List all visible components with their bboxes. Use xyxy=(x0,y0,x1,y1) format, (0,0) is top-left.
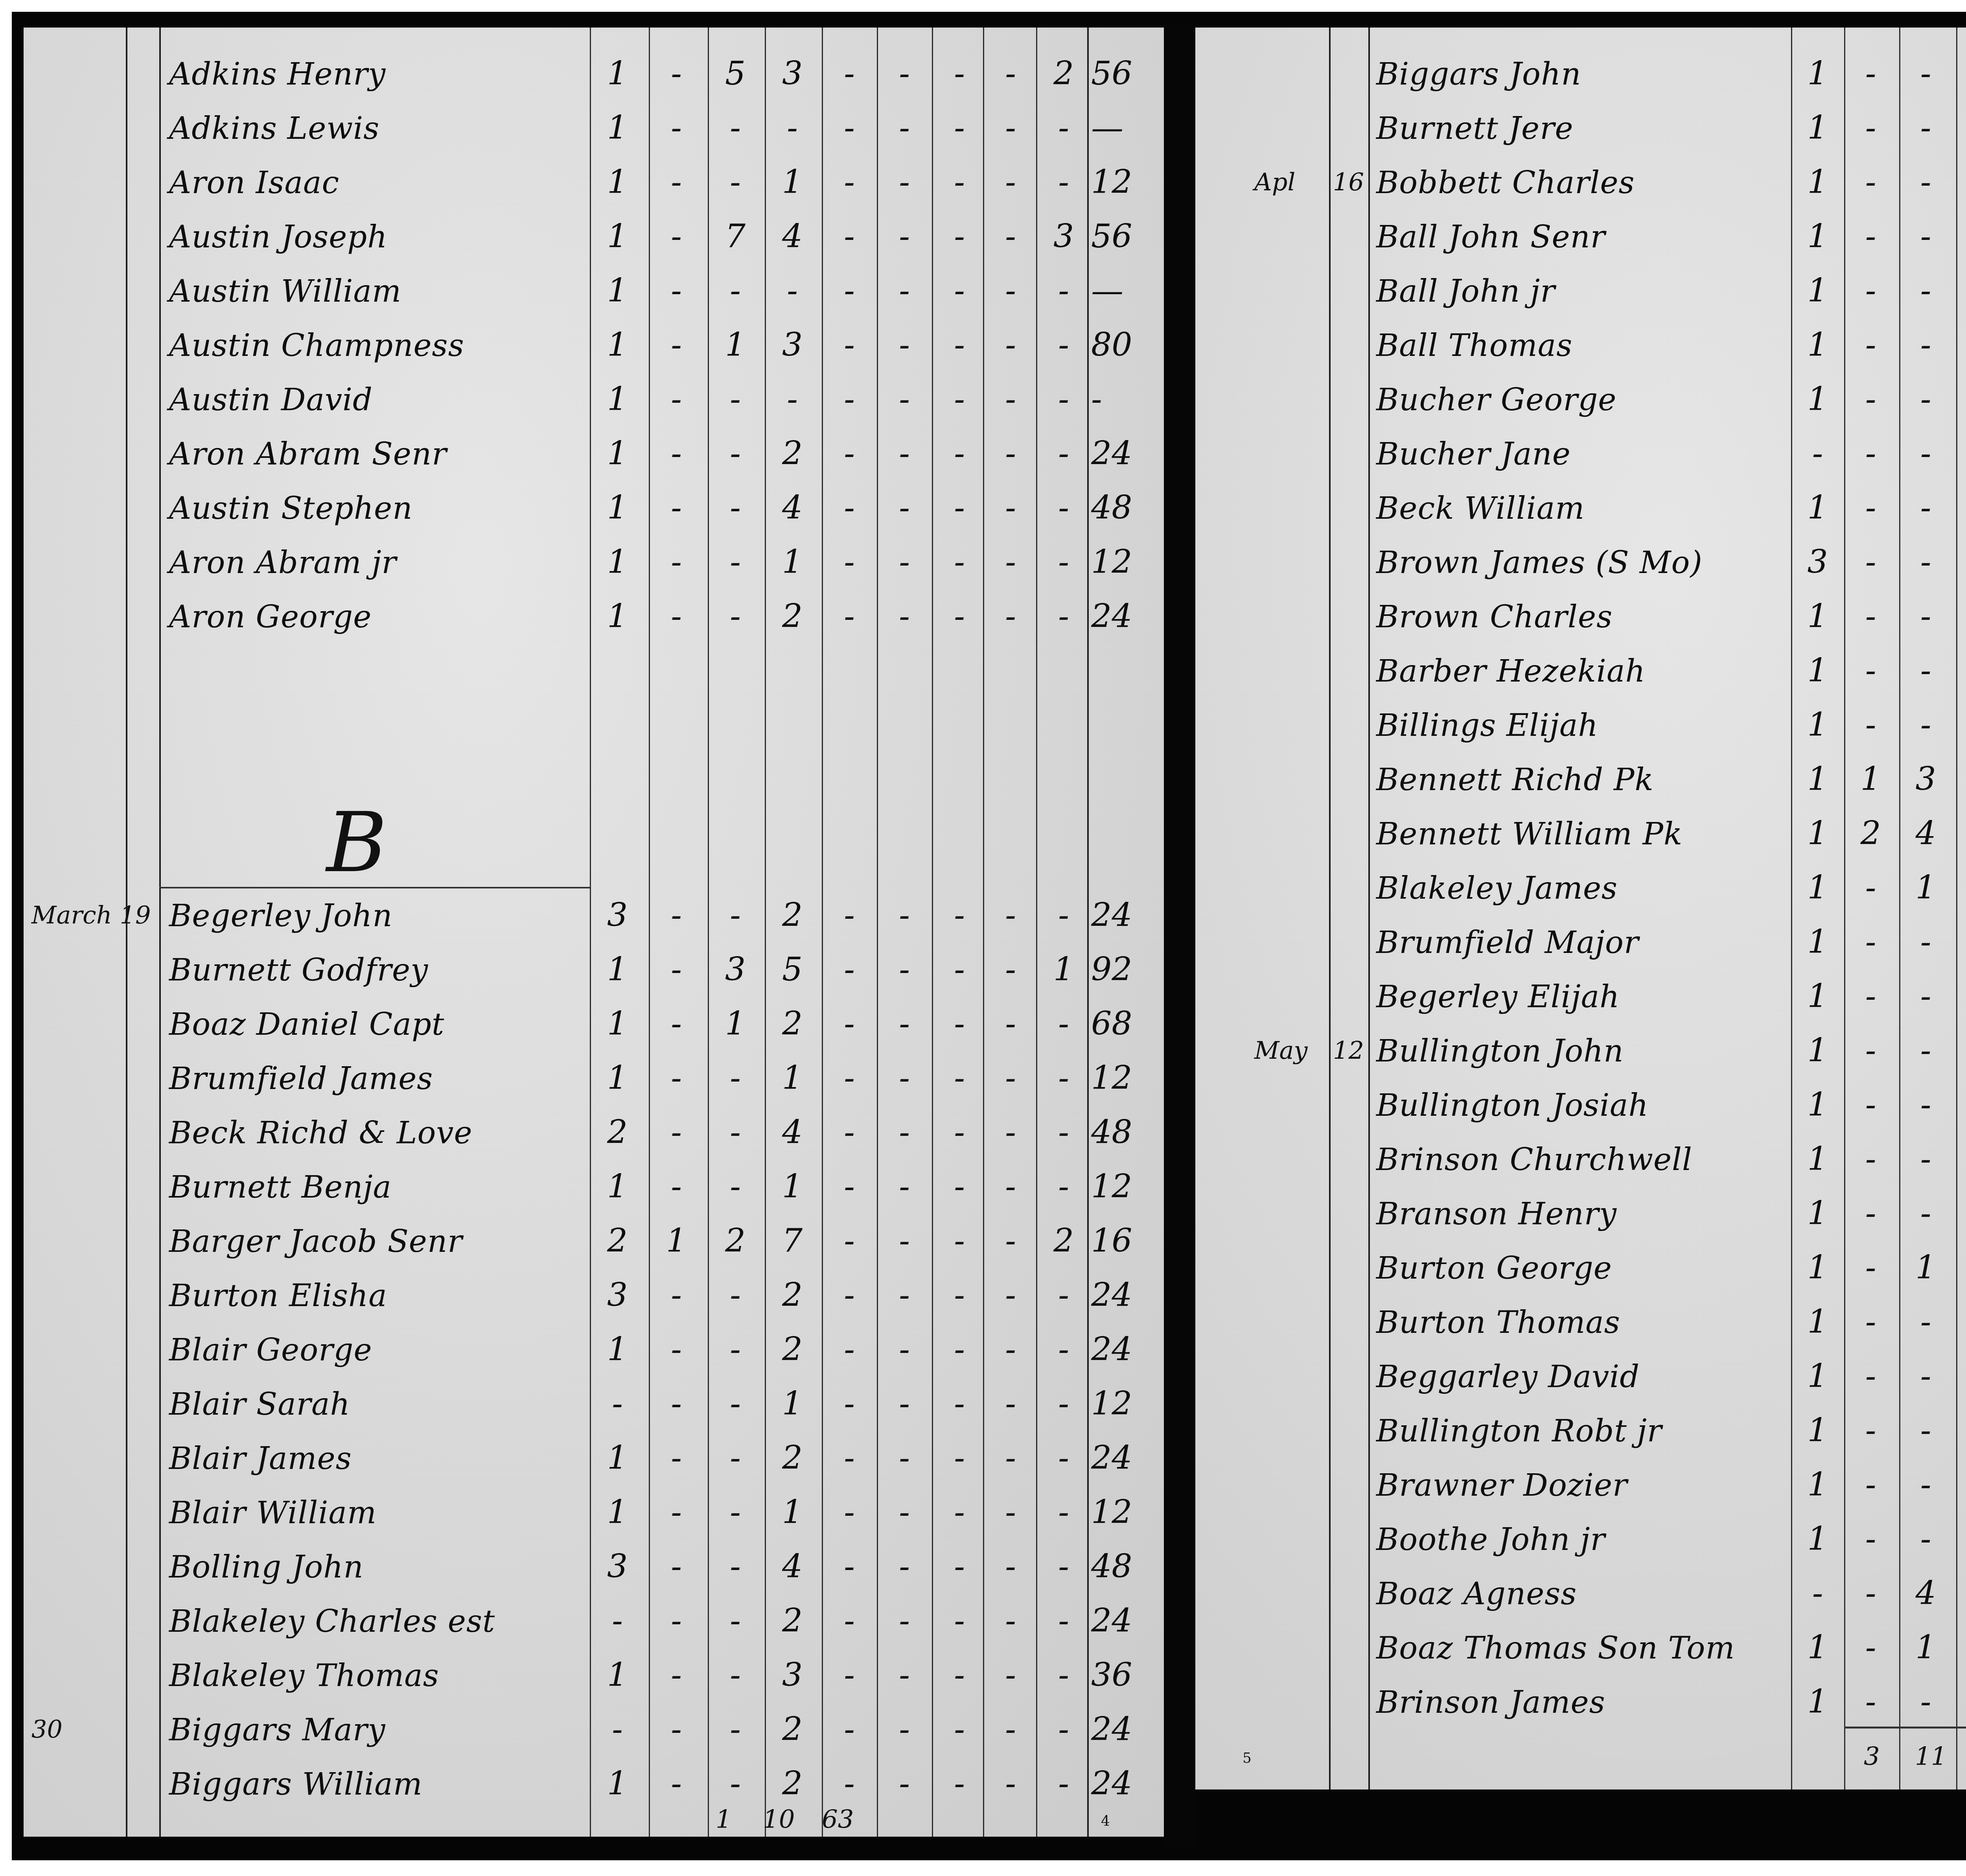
amount: 48 xyxy=(1091,489,1132,527)
tax-column-2: - xyxy=(649,1439,704,1477)
tax-column-2: - xyxy=(1844,272,1897,310)
tax-column-1: 1 xyxy=(590,598,645,635)
taxpayer-name: Brumfield Major xyxy=(1376,925,1639,960)
tax-column-2: - xyxy=(1844,1249,1897,1286)
tax-column-8: - xyxy=(983,1711,1038,1748)
tax-column-8: - xyxy=(983,1548,1038,1585)
tax-column-2: - xyxy=(1844,923,1897,961)
tax-column-5: - xyxy=(822,598,877,635)
taxpayer-name: Brawner Dozier xyxy=(1376,1468,1627,1503)
taxpayer-name: Ball John jr xyxy=(1376,274,1555,309)
tax-column-3: - xyxy=(708,1657,763,1694)
entry-date: 30 xyxy=(31,1715,63,1743)
taxpayer-name: Blakeley Thomas xyxy=(169,1658,439,1694)
amount: 48 xyxy=(1091,1548,1132,1585)
tax-column-1: - xyxy=(1791,1575,1844,1612)
tax-column-4: 2 xyxy=(1956,1412,1966,1449)
tax-column-2: - xyxy=(649,598,704,635)
tax-column-4: 5 xyxy=(1956,1575,1966,1612)
taxpayer-name: Brinson James xyxy=(1376,1685,1605,1720)
ledger-row: Austin Champness1-13-----80 xyxy=(24,322,1164,375)
tax-column-8: - xyxy=(983,1657,1038,1694)
ledger-row: Biggars John1--------— xyxy=(1195,51,1966,104)
taxpayer-name: Brown James (S Mo) xyxy=(1376,545,1703,580)
tax-column-9: - xyxy=(1036,598,1091,635)
tax-column-4: 2 xyxy=(1956,706,1966,744)
tax-column-6: - xyxy=(877,55,932,92)
tax-column-9: - xyxy=(1036,1277,1091,1314)
tax-column-3: - xyxy=(1899,1303,1952,1341)
tax-column-4: - xyxy=(1956,1683,1966,1721)
tax-column-4: 3 xyxy=(1956,272,1966,310)
entry-day: 12 xyxy=(1333,1036,1364,1065)
tax-column-3: - xyxy=(1899,1195,1952,1232)
total-col-4: 63 xyxy=(822,1805,854,1834)
tax-column-3: - xyxy=(1899,381,1952,418)
tax-column-1: 1 xyxy=(590,1168,645,1205)
tax-column-3: 3 xyxy=(708,951,763,988)
tax-column-4: 1 xyxy=(765,1385,820,1423)
tax-column-1: 1 xyxy=(590,1331,645,1368)
tax-column-5: - xyxy=(822,218,877,255)
tax-column-4: 2 xyxy=(765,1711,820,1748)
tax-column-1: 1 xyxy=(1791,1466,1844,1504)
tax-column-9: 2 xyxy=(1036,55,1091,92)
tax-column-7: - xyxy=(932,598,987,635)
tax-column-3: - xyxy=(1899,109,1952,147)
amount: 80 xyxy=(1091,326,1132,364)
tax-column-6: - xyxy=(877,489,932,527)
tax-column-9: - xyxy=(1036,544,1091,581)
taxpayer-name: Aron Abram Senr xyxy=(169,437,447,472)
taxpayer-name: Austin David xyxy=(169,382,373,418)
tax-column-8: - xyxy=(983,1005,1038,1043)
total-col-2: 1 xyxy=(716,1805,732,1834)
ledger-row: Aron George1--2-----24 xyxy=(24,594,1164,647)
tax-column-9: - xyxy=(1036,1765,1091,1802)
ledger-row: Bolling John3--4-----48 xyxy=(24,1544,1164,1597)
tax-column-4: 2 xyxy=(1956,218,1966,255)
tax-column-7: - xyxy=(932,1494,987,1531)
ledger-row: Burton Thomas1--3-----36 xyxy=(1195,1299,1966,1352)
ledger-row: Burnett Benja1--1-----12 xyxy=(24,1164,1164,1217)
entry-date: March 19 xyxy=(31,901,151,929)
tax-column-6: - xyxy=(877,951,932,988)
tax-column-1: 1 xyxy=(590,544,645,581)
ledger-row: Brinson Churchwell1-------- xyxy=(1195,1137,1966,1189)
tax-column-6: - xyxy=(877,1168,932,1205)
tax-column-8: - xyxy=(983,1602,1038,1640)
tax-column-8: - xyxy=(983,55,1038,92)
tax-column-9: - xyxy=(1036,1439,1091,1477)
amount: 12 xyxy=(1091,1494,1132,1531)
tax-column-1: 1 xyxy=(1791,1358,1844,1395)
tax-column-9: - xyxy=(1036,489,1091,527)
taxpayer-name: Bullington Robt jr xyxy=(1376,1413,1662,1449)
taxpayer-name: Bolling John xyxy=(169,1550,364,1585)
tax-column-2: - xyxy=(1844,435,1897,472)
tax-column-7: - xyxy=(932,1765,987,1802)
tax-column-5: - xyxy=(822,1439,877,1477)
tax-column-4: 1 xyxy=(1956,1358,1966,1395)
tax-column-1: 1 xyxy=(1791,55,1844,92)
tax-column-3: - xyxy=(708,1385,763,1423)
taxpayer-name: Burnett Benja xyxy=(169,1170,392,1205)
tax-column-7: - xyxy=(932,1060,987,1097)
tax-column-8: - xyxy=(983,1439,1038,1477)
ledger-row: Bennett Richd Pk1135----236 xyxy=(1195,757,1966,809)
tax-column-1: 1 xyxy=(1791,1520,1844,1558)
tax-column-7: - xyxy=(932,1005,987,1043)
tax-column-4: 1 xyxy=(1956,1086,1966,1124)
tax-column-2: - xyxy=(1844,544,1897,581)
ledger-row: Adkins Henry1-53----256 xyxy=(24,51,1164,104)
taxpayer-name: Billings Elijah xyxy=(1376,708,1598,743)
tax-column-9: - xyxy=(1036,164,1091,201)
tax-column-7: - xyxy=(932,326,987,364)
tax-column-3: 3 xyxy=(1899,761,1952,798)
tax-column-2: - xyxy=(1844,1303,1897,1341)
tax-column-6: - xyxy=(877,109,932,147)
tax-column-2: - xyxy=(1844,55,1897,92)
taxpayer-name: Bobbett Charles xyxy=(1376,165,1635,201)
tax-column-9: - xyxy=(1036,326,1091,364)
tax-column-5: - xyxy=(822,109,877,147)
tax-column-9: - xyxy=(1036,1005,1091,1043)
taxpayer-name: Austin Stephen xyxy=(169,491,412,526)
tax-column-9: - xyxy=(1036,1385,1091,1423)
ledger-row: Boothe John jr1--------— xyxy=(1195,1517,1966,1569)
tax-column-5: - xyxy=(822,544,877,581)
tax-column-2: - xyxy=(649,1168,704,1205)
tax-column-9: - xyxy=(1036,1114,1091,1151)
entry-day: 16 xyxy=(1333,168,1364,196)
tax-column-7: - xyxy=(932,1711,987,1748)
taxpayer-name: Burnett Jere xyxy=(1376,111,1574,146)
tax-column-6: - xyxy=(877,1439,932,1477)
tax-column-4: 1 xyxy=(1956,326,1966,364)
tax-column-4: 1 xyxy=(1956,1195,1966,1232)
tax-column-3: 1 xyxy=(1899,1629,1952,1666)
tax-column-3: - xyxy=(1899,164,1952,201)
taxpayer-name: Bennett Richd Pk xyxy=(1376,762,1654,798)
tax-column-2: - xyxy=(1844,598,1897,635)
tax-column-5: - xyxy=(822,951,877,988)
taxpayer-name: Bullington Josiah xyxy=(1376,1088,1649,1123)
tax-column-3: - xyxy=(708,1602,763,1640)
tax-column-4: 4 xyxy=(765,1548,820,1585)
taxpayer-name: Blakeley Charles est xyxy=(169,1604,495,1639)
tax-column-3: - xyxy=(708,272,763,310)
tax-column-5: - xyxy=(822,1657,877,1694)
tax-column-2: - xyxy=(649,326,704,364)
amount: 12 xyxy=(1091,1060,1132,1097)
tax-column-1: 1 xyxy=(590,1657,645,1694)
ledger-row: Blair George1--2-----24 xyxy=(24,1327,1164,1380)
tax-column-2: 1 xyxy=(1844,761,1897,798)
taxpayer-name: Boaz Thomas Son Tom xyxy=(1376,1631,1735,1666)
tax-column-3: - xyxy=(1899,435,1952,472)
tax-column-1: - xyxy=(590,1711,645,1748)
amount: 24 xyxy=(1091,897,1132,934)
tax-column-3: 4 xyxy=(1899,815,1952,852)
tax-column-2: - xyxy=(1844,1629,1897,1666)
tax-column-4: 3 xyxy=(1956,489,1966,527)
ledger-row: Bennett William Pk1242----288 xyxy=(1195,811,1966,864)
tax-column-4: 2 xyxy=(1956,164,1966,201)
tax-column-5: - xyxy=(822,897,877,934)
tax-column-4: 5 xyxy=(1956,761,1966,798)
taxpayer-name: Bucher George xyxy=(1376,382,1617,418)
tax-column-2: - xyxy=(1844,1683,1897,1721)
ledger-row: Austin William1--------— xyxy=(24,268,1164,321)
tax-column-4: 3 xyxy=(1956,1303,1966,1341)
tax-column-2: - xyxy=(1844,1358,1897,1395)
tax-column-4: 1 xyxy=(765,1168,820,1205)
amount: 12 xyxy=(1091,164,1132,201)
amount: 24 xyxy=(1091,1602,1132,1640)
tax-column-4: 1 xyxy=(765,164,820,201)
amount: 24 xyxy=(1091,1439,1132,1477)
ledger-row: Blakeley James1-11-----56 xyxy=(1195,865,1966,918)
tax-column-4: - xyxy=(1956,55,1966,92)
tax-column-2: - xyxy=(649,272,704,310)
amount: 24 xyxy=(1091,598,1132,635)
amount: - xyxy=(1091,381,1102,418)
amount: 56 xyxy=(1091,55,1132,92)
tax-column-2: - xyxy=(649,1548,704,1585)
tax-column-8: - xyxy=(983,1331,1038,1368)
amount: 92 xyxy=(1091,951,1132,988)
tax-column-3: - xyxy=(708,1494,763,1531)
tax-column-4: - xyxy=(765,381,820,418)
ledger-row: Billings Elijah1--2-----24 xyxy=(1195,702,1966,755)
taxpayer-name: Burton Thomas xyxy=(1376,1305,1620,1340)
page-number: 4 xyxy=(1101,1813,1110,1829)
taxpayer-name: Aron Isaac xyxy=(169,165,339,201)
tax-column-1: 1 xyxy=(590,109,645,147)
tax-column-2: - xyxy=(649,381,704,418)
tax-column-6: - xyxy=(877,164,932,201)
tax-column-1: 1 xyxy=(1791,1141,1844,1178)
amount: 56 xyxy=(1091,218,1132,255)
tax-column-9: - xyxy=(1036,897,1091,934)
tax-column-3: - xyxy=(1899,1412,1952,1449)
tax-column-2: - xyxy=(649,1114,704,1151)
tax-column-8: - xyxy=(983,951,1038,988)
tax-column-1: 1 xyxy=(1791,761,1844,798)
tax-column-1: 1 xyxy=(1791,923,1844,961)
tax-column-4: - xyxy=(765,272,820,310)
tax-column-5: - xyxy=(822,272,877,310)
tax-column-9: 2 xyxy=(1036,1222,1091,1260)
tax-column-3: - xyxy=(708,109,763,147)
tax-column-3: - xyxy=(1899,923,1952,961)
tax-column-8: - xyxy=(983,598,1038,635)
tax-column-1: 1 xyxy=(1791,706,1844,744)
tax-column-3: - xyxy=(1899,978,1952,1015)
tax-column-2: - xyxy=(649,489,704,527)
tax-column-1: 1 xyxy=(1791,815,1844,852)
tax-column-1: 1 xyxy=(590,164,645,201)
taxpayer-name: Barger Jacob Senr xyxy=(169,1224,463,1259)
tax-column-7: - xyxy=(932,218,987,255)
ledger-row: Ball John Senr1--2-----24 xyxy=(1195,214,1966,267)
tax-column-1: 3 xyxy=(590,897,645,934)
ledger-row: Aron Abram Senr1--2-----24 xyxy=(24,431,1164,484)
ledger-row: Beck William1--3-----36 xyxy=(1195,485,1966,538)
tax-column-9: - xyxy=(1036,1711,1091,1748)
tax-column-3: - xyxy=(1899,598,1952,635)
ledger-row: Blair Sarah---1-----12 xyxy=(24,1381,1164,1434)
tax-column-3: - xyxy=(708,381,763,418)
tax-column-1: - xyxy=(590,1385,645,1423)
tax-column-4: 1 xyxy=(765,544,820,581)
tax-column-5: - xyxy=(822,1711,877,1748)
tax-column-6: - xyxy=(877,544,932,581)
tax-column-1: 1 xyxy=(1791,652,1844,689)
ledger-row: Barger Jacob Senr2127----216 xyxy=(24,1218,1164,1271)
right-page: Biggars John1--------—Burnett Jere1--1--… xyxy=(1195,28,1966,1789)
taxpayer-name: Begerley John xyxy=(169,898,393,934)
tax-column-2: - xyxy=(649,1005,704,1043)
tax-column-4: - xyxy=(1956,1032,1966,1069)
tax-column-3: 1 xyxy=(1899,1249,1952,1286)
tax-column-2: - xyxy=(649,1765,704,1802)
tax-column-9: - xyxy=(1036,1494,1091,1531)
ledger-row: Aron Abram jr1--1-----12 xyxy=(24,540,1164,592)
tax-column-6: - xyxy=(877,1060,932,1097)
tax-column-5: - xyxy=(822,1114,877,1151)
tax-column-4: 2 xyxy=(1956,652,1966,689)
total-col-2: 3 xyxy=(1864,1742,1880,1771)
tax-column-1: 1 xyxy=(590,381,645,418)
taxpayer-name: Adkins Henry xyxy=(169,57,386,92)
tax-column-8: - xyxy=(983,1277,1038,1314)
ledger-row: Boaz Thomas Son Tom1-11-----56 xyxy=(1195,1625,1966,1678)
tax-column-9: 1 xyxy=(1036,951,1091,988)
tax-column-4: - xyxy=(1956,1141,1966,1178)
tax-column-3: 5 xyxy=(708,55,763,92)
tax-column-2: - xyxy=(649,1657,704,1694)
ledger-row: March 19Begerley John3--2-----24 xyxy=(24,893,1164,945)
tax-column-1: 1 xyxy=(1791,1412,1844,1449)
tax-column-9: - xyxy=(1036,381,1091,418)
tax-column-7: - xyxy=(932,55,987,92)
tax-column-3: - xyxy=(1899,1032,1952,1069)
ledger-row: Brumfield Major1---— xyxy=(1195,920,1966,972)
ledger-row: May12Bullington John1----112/-2- xyxy=(1195,1028,1966,1081)
tax-column-1: 1 xyxy=(1791,1249,1844,1286)
total-rule xyxy=(1844,1727,1966,1729)
tax-column-6: - xyxy=(877,1222,932,1260)
ledger-row: Burton George1-13-----80 xyxy=(1195,1245,1966,1298)
tax-column-2: - xyxy=(1844,1086,1897,1124)
ledger-row: Brawner Dozier1--1-----12 xyxy=(1195,1462,1966,1515)
ledger-row: Bullington Josiah1--1-----12 xyxy=(1195,1082,1966,1135)
tax-column-8: - xyxy=(983,544,1038,581)
total-col-3: 11 xyxy=(1915,1742,1947,1771)
taxpayer-name: Burton Elisha xyxy=(169,1278,387,1314)
tax-column-3: - xyxy=(1899,272,1952,310)
tax-column-1: 3 xyxy=(590,1548,645,1585)
tax-column-1: 1 xyxy=(1791,869,1844,907)
taxpayer-name: Branson Henry xyxy=(1376,1196,1617,1232)
taxpayer-name: Adkins Lewis xyxy=(169,111,379,146)
tax-column-9: - xyxy=(1036,1060,1091,1097)
tax-column-7: - xyxy=(932,1602,987,1640)
tax-column-8: - xyxy=(983,435,1038,472)
taxpayer-name: Beggarley David xyxy=(1376,1359,1640,1395)
tax-column-6: - xyxy=(877,272,932,310)
tax-column-4: - xyxy=(1956,1520,1966,1558)
tax-column-6: - xyxy=(877,1657,932,1694)
tax-column-3: - xyxy=(1899,1358,1952,1395)
tax-column-5: - xyxy=(822,1494,877,1531)
tax-column-2: 1 xyxy=(649,1222,704,1260)
taxpayer-name: Austin Champness xyxy=(169,328,464,363)
ledger-row: Burnett Jere1--1-----12 xyxy=(1195,105,1966,158)
tax-column-8: - xyxy=(983,218,1038,255)
tax-column-9: - xyxy=(1036,1657,1091,1694)
tax-column-1: 1 xyxy=(1791,489,1844,527)
ledger-row: Austin David1--------- xyxy=(24,377,1164,429)
taxpayer-name: Ball John Senr xyxy=(1376,219,1605,255)
ledger-row: Bucher Jane---2-----24 xyxy=(1195,431,1966,484)
ledger-row: Ball Thomas1--1-----12 xyxy=(1195,322,1966,375)
ledger-row: Ball John jr1--3-----36 xyxy=(1195,268,1966,321)
tax-column-2: - xyxy=(1844,869,1897,907)
tax-column-6: - xyxy=(877,1277,932,1314)
tax-column-7: - xyxy=(932,1385,987,1423)
tax-column-8: - xyxy=(983,326,1038,364)
tax-column-2: - xyxy=(649,218,704,255)
tax-column-3: 2 xyxy=(708,1222,763,1260)
taxpayer-name: Bucher Jane xyxy=(1376,437,1571,472)
tax-column-3: - xyxy=(708,164,763,201)
tax-column-4: 4 xyxy=(765,1114,820,1151)
tax-column-1: 1 xyxy=(590,218,645,255)
tax-column-5: - xyxy=(822,1331,877,1368)
tax-column-3: - xyxy=(1899,1466,1952,1504)
tax-column-8: - xyxy=(983,1222,1038,1260)
tax-column-7: - xyxy=(932,1657,987,1694)
taxpayer-name: Burnett Godfrey xyxy=(169,953,428,988)
taxpayer-name: Blair Sarah xyxy=(169,1387,350,1422)
tax-column-1: - xyxy=(590,1602,645,1640)
tax-column-1: 1 xyxy=(590,55,645,92)
tax-column-4: 1 xyxy=(1956,978,1966,1015)
tax-column-4: 2 xyxy=(1956,435,1966,472)
tax-column-4: 2 xyxy=(765,1005,820,1043)
tax-column-1: 1 xyxy=(590,489,645,527)
amount: 24 xyxy=(1091,1277,1132,1314)
tax-column-4: 2 xyxy=(765,1765,820,1802)
tax-column-6: - xyxy=(877,435,932,472)
taxpayer-name: Biggars William xyxy=(169,1767,423,1802)
tax-column-4: 2 xyxy=(765,435,820,472)
tax-column-2: - xyxy=(649,435,704,472)
tax-column-1: 1 xyxy=(590,1494,645,1531)
taxpayer-name: Austin William xyxy=(169,274,401,309)
tax-column-4: 7 xyxy=(765,1222,820,1260)
tax-column-1: - xyxy=(1791,435,1844,472)
tax-column-4: 1 xyxy=(765,1060,820,1097)
tax-column-1: 1 xyxy=(590,1439,645,1477)
tax-column-4: 3 xyxy=(765,55,820,92)
ledger-row: Brown James (S Mo)3--2-----24 xyxy=(1195,540,1966,592)
tax-column-6: - xyxy=(877,1331,932,1368)
